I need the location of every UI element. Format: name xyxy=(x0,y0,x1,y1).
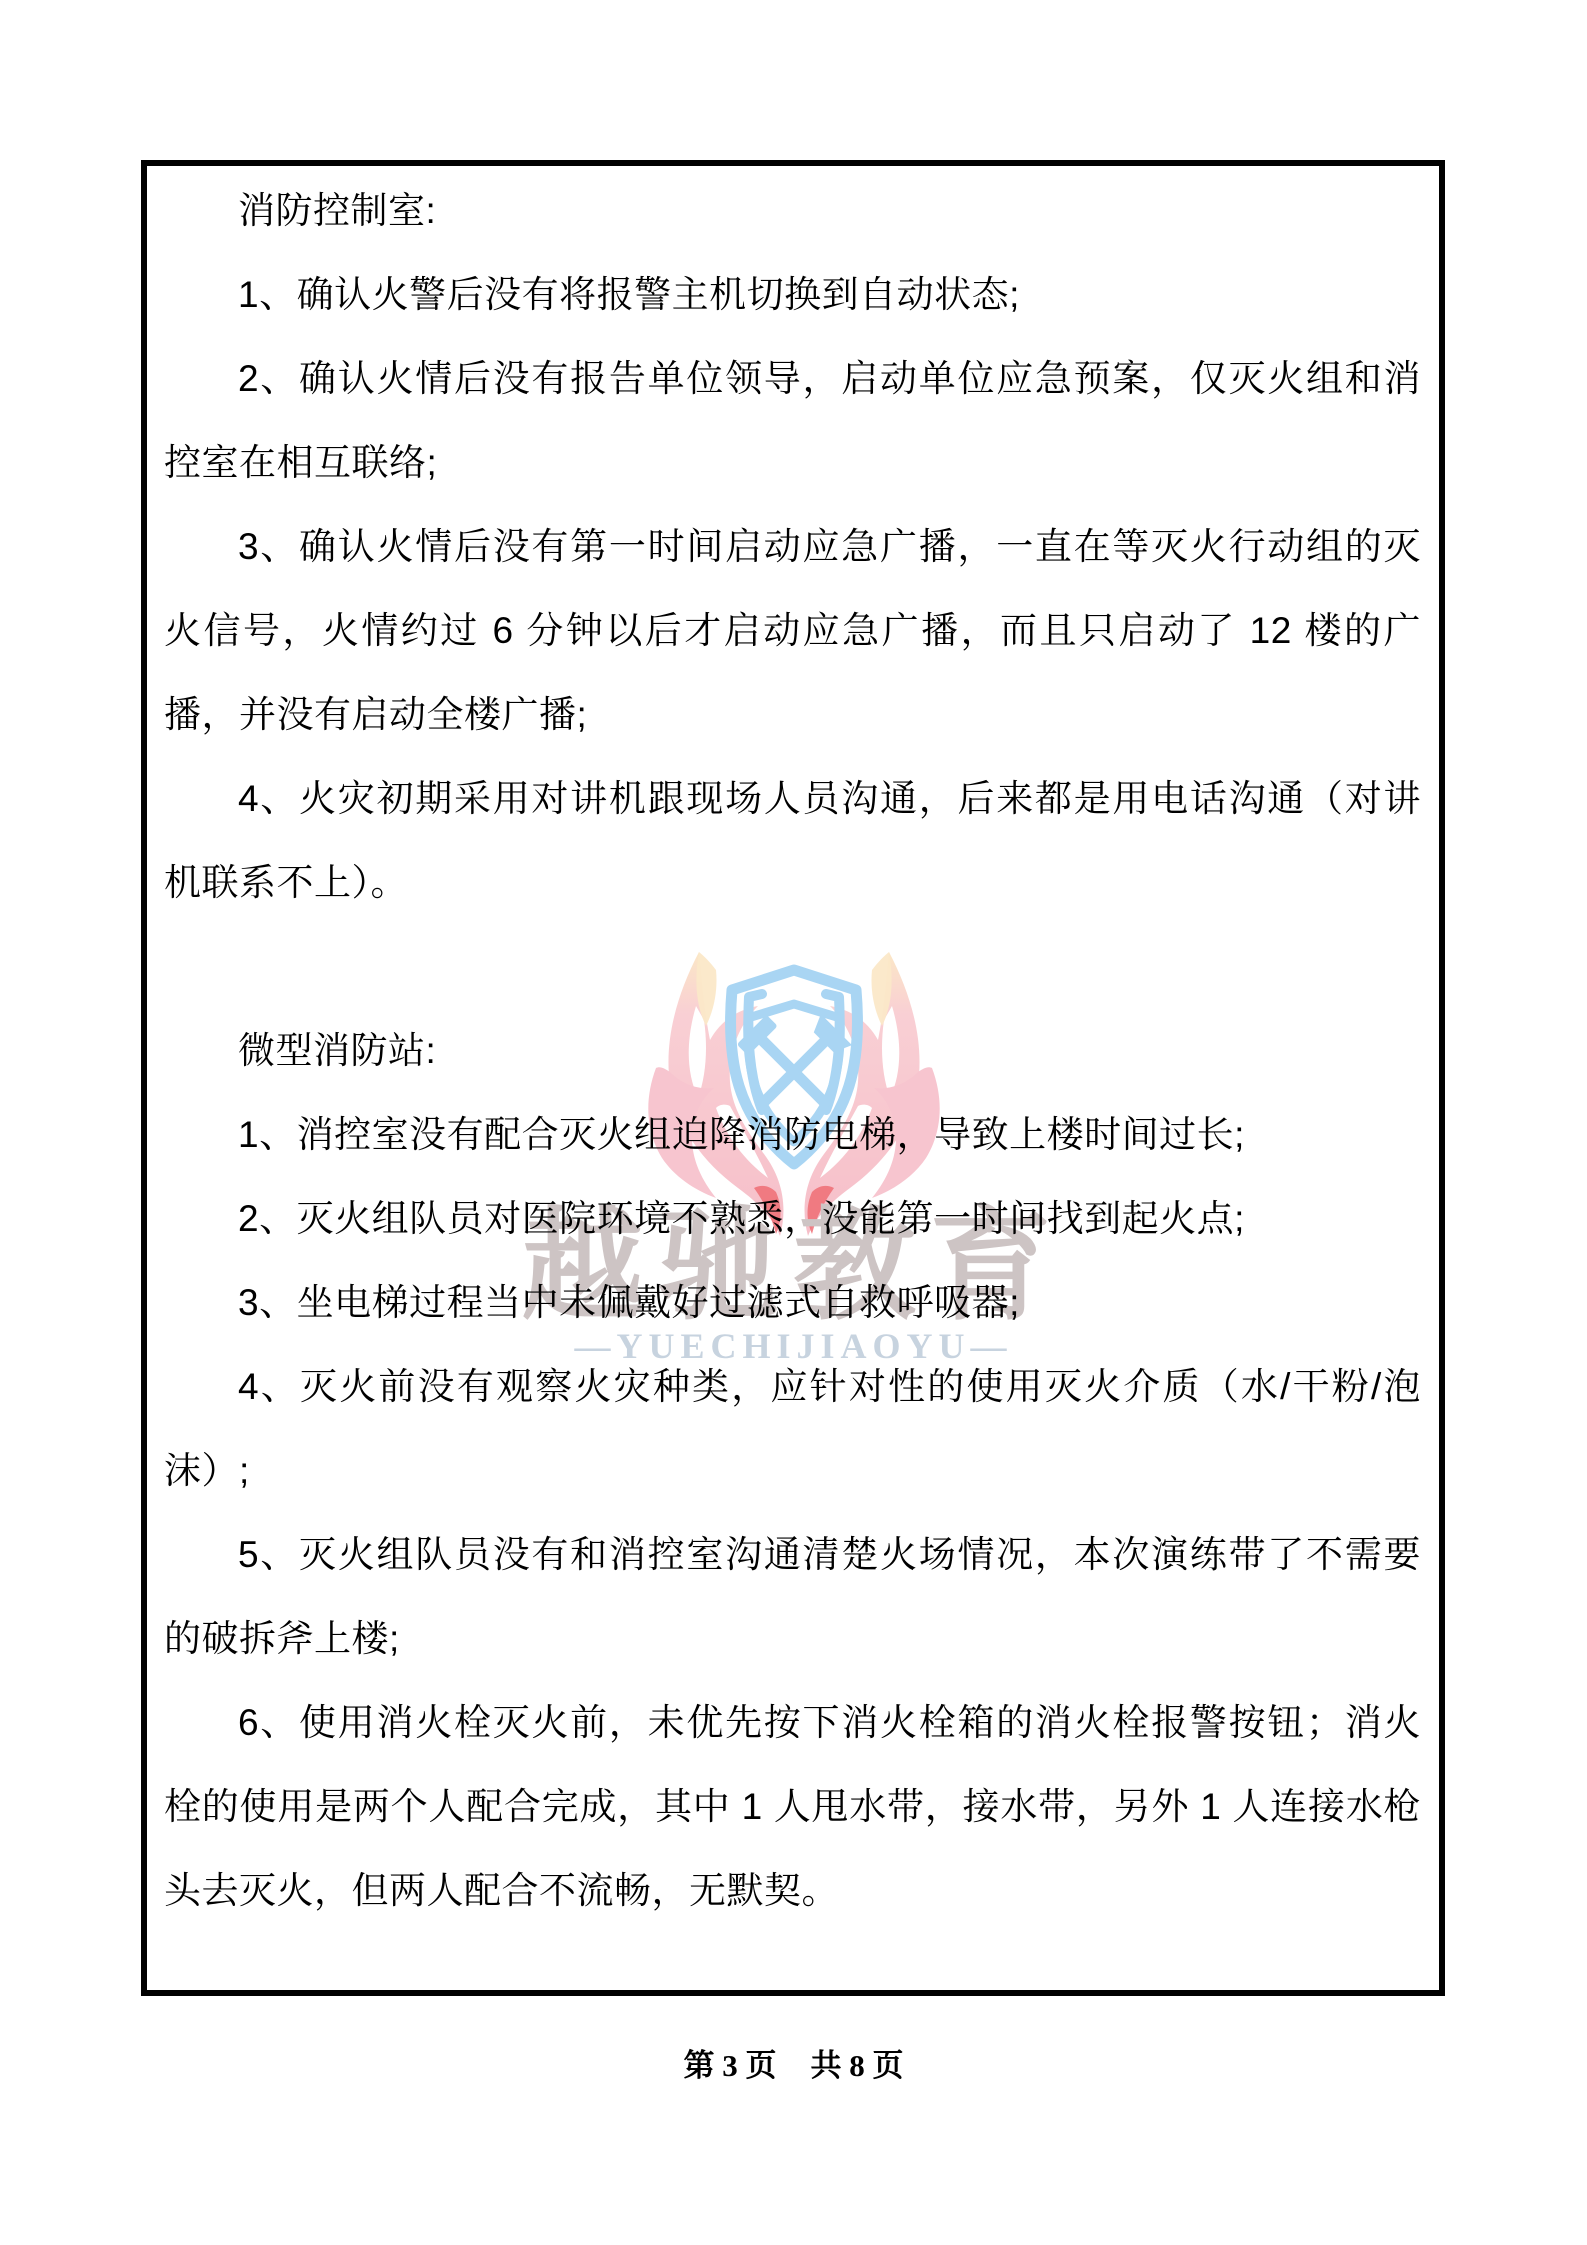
section-2-item: 4、灭火前没有观察火灾种类，应针对性的使用灭火介质（水/干粉/泡沫）; xyxy=(164,1345,1421,1513)
footer-total-label: 共 8 页 xyxy=(811,2048,904,2083)
section-1-item: 4、火灾初期采用对讲机跟现场人员沟通，后来都是用电话沟通（对讲机联系不上）。 xyxy=(164,757,1421,925)
section-1-item: 3、确认火情后没有第一时间启动应急广播，一直在等灭火行动组的灭火信号，火情约过 … xyxy=(164,505,1421,757)
footer-page-label: 第 3 页 xyxy=(684,2048,777,2083)
section-2-item: 6、使用消火栓灭火前，未优先按下消火栓箱的消火栓报警按钮；消火栓的使用是两个人配… xyxy=(164,1681,1421,1933)
section-2-item: 1、消控室没有配合灭火组迫降消防电梯，导致上楼时间过长; xyxy=(164,1093,1421,1177)
document-page: 越驰教育 —YUECHIJIAOYU— 消防控制室: 1、确认火警后没有将报警主… xyxy=(0,0,1587,2245)
content-border-box: 消防控制室: 1、确认火警后没有将报警主机切换到自动状态; 2、确认火情后没有报… xyxy=(141,160,1445,1996)
section-1-heading: 消防控制室: xyxy=(164,169,1421,253)
section-2-heading: 微型消防站: xyxy=(164,1009,1421,1093)
section-2-item: 2、灭火组队员对医院环境不熟悉，没能第一时间找到起火点; xyxy=(164,1177,1421,1261)
page-footer: 第 3 页共 8 页 xyxy=(0,2040,1587,2085)
section-1-item: 2、确认火情后没有报告单位领导，启动单位应急预案，仅灭火组和消控室在相互联络; xyxy=(164,337,1421,505)
section-1-item: 1、确认火警后没有将报警主机切换到自动状态; xyxy=(164,253,1421,337)
section-2-item: 3、坐电梯过程当中未佩戴好过滤式自救呼吸器; xyxy=(164,1261,1421,1345)
section-2-item: 5、灭火组队员没有和消控室沟通清楚火场情况，本次演练带了不需要的破拆斧上楼; xyxy=(164,1513,1421,1681)
